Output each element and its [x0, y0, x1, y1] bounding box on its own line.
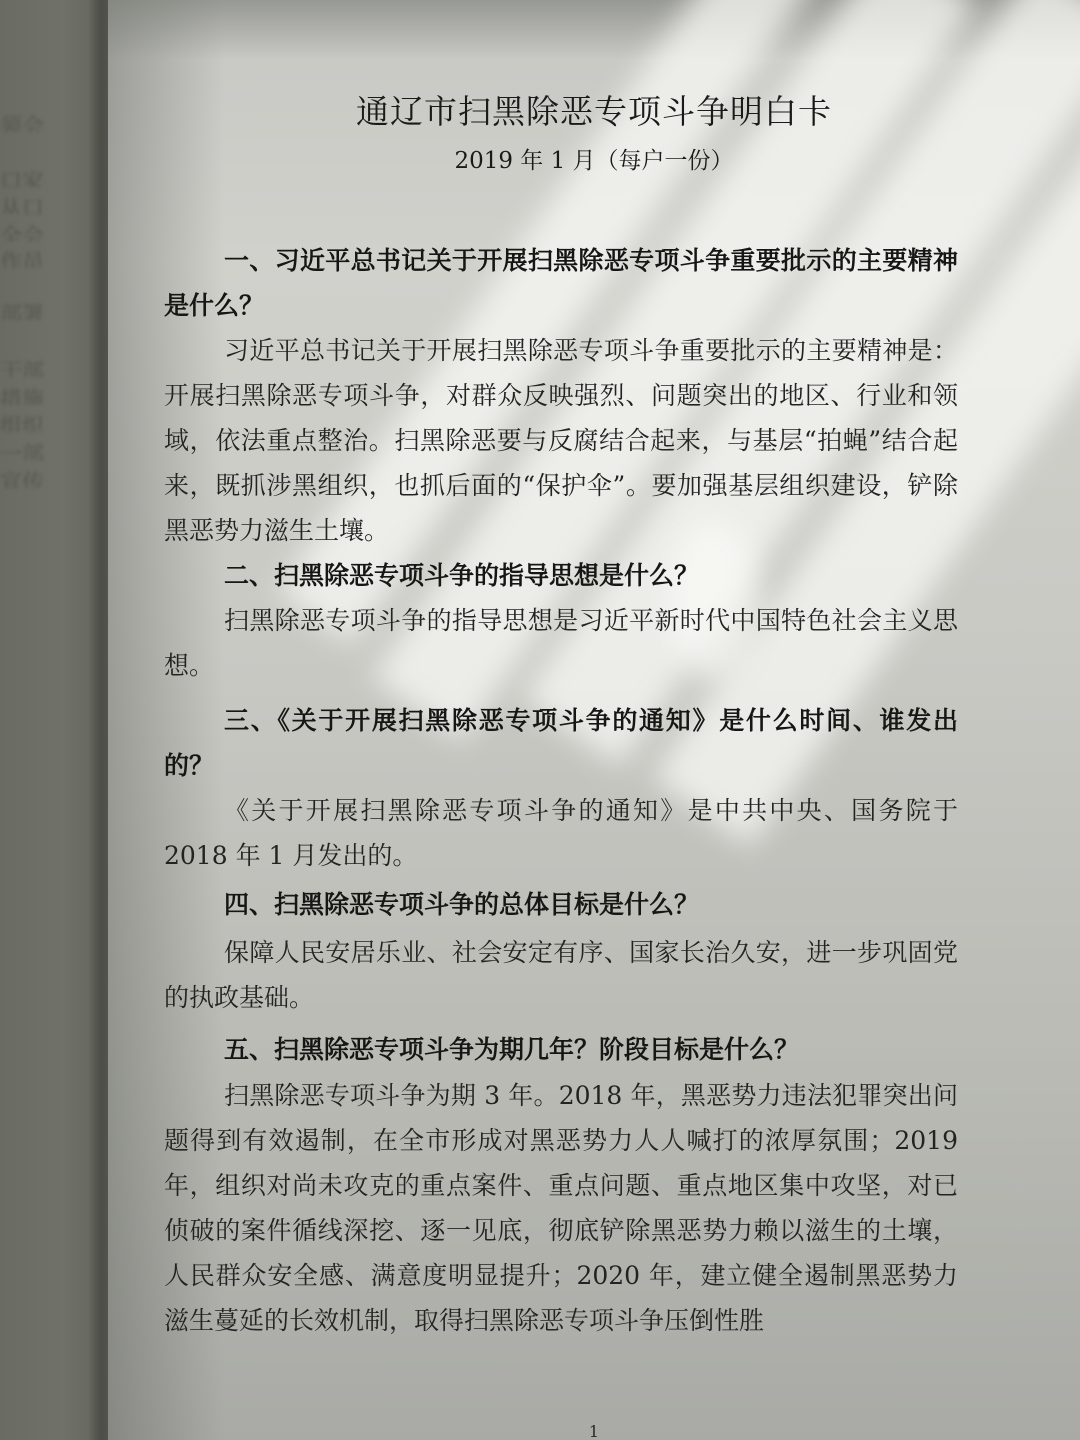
adjacent-page-text: 干部 — [0, 355, 55, 377]
section-5-question: 五、扫黑除恶专项斗争为期几年？阶段目标是什么？ — [164, 1027, 958, 1072]
adjacent-page-text: 一部 — [0, 438, 55, 460]
section-1-question: 一、习近平总书记关于开展扫黑除恶专项斗争重要批示的主要精神是什么？ — [164, 238, 958, 328]
section-3-answer: 《关于开展扫黑除恶专项斗争的通知》是中共中央、国务院于2018 年 1 月发出的… — [164, 788, 958, 878]
document-content: 通辽市扫黑除恶专项斗争明白卡 2019 年 1 月（每户一份） 一、习近平总书记… — [108, 0, 1080, 1440]
adjacent-page-text: 措施 — [0, 383, 55, 405]
adjacent-page-text: 部署 — [0, 298, 55, 320]
section-4-answer: 保障人民安居乐业、社会安定有序、国家长治久安，进一步巩固党的执政基础。 — [164, 930, 958, 1020]
adjacent-page-text: 口家 — [0, 165, 55, 187]
document-page: 通辽市扫黑除恶专项斗争明白卡 2019 年 1 月（每户一份） 一、习近平总书记… — [108, 0, 1080, 1440]
adjacent-page-text: 作员 — [0, 246, 55, 268]
section-4-question: 四、扫黑除恶专项斗争的总体目标是什么？ — [164, 882, 958, 927]
section-2-answer: 扫黑除恶专项斗争的指导思想是习近平新时代中国特色社会主义思想。 — [164, 598, 958, 688]
page-number: 1 — [108, 1422, 1080, 1440]
adjacent-page-text: 从口 — [0, 192, 55, 214]
document-title: 通辽市扫黑除恶专项斗争明白卡 — [108, 86, 1080, 133]
section-2-question: 二、扫黑除恶专项斗争的指导思想是什么？ — [164, 553, 958, 598]
adjacent-page-text: 宣传 — [0, 466, 55, 488]
document-subtitle: 2019 年 1 月（每户一份） — [108, 142, 1080, 175]
adjacent-page-text: 全会 — [0, 220, 55, 242]
section-1-answer: 习近平总书记关于开展扫黑除恶专项斗争重要批示的主要精神是：开展扫黑除恶专项斗争，… — [164, 328, 958, 553]
adjacent-page-text: 组织 — [0, 410, 55, 432]
adjacent-page-text: 须会 — [0, 110, 55, 132]
section-3-question: 三、《关于开展扫黑除恶专项斗争的通知》是什么时间、谁发出的？ — [164, 698, 958, 788]
section-5-answer: 扫黑除恶专项斗争为期 3 年。2018 年，黑恶势力违法犯罪突出问题得到有效遏制… — [164, 1073, 958, 1343]
